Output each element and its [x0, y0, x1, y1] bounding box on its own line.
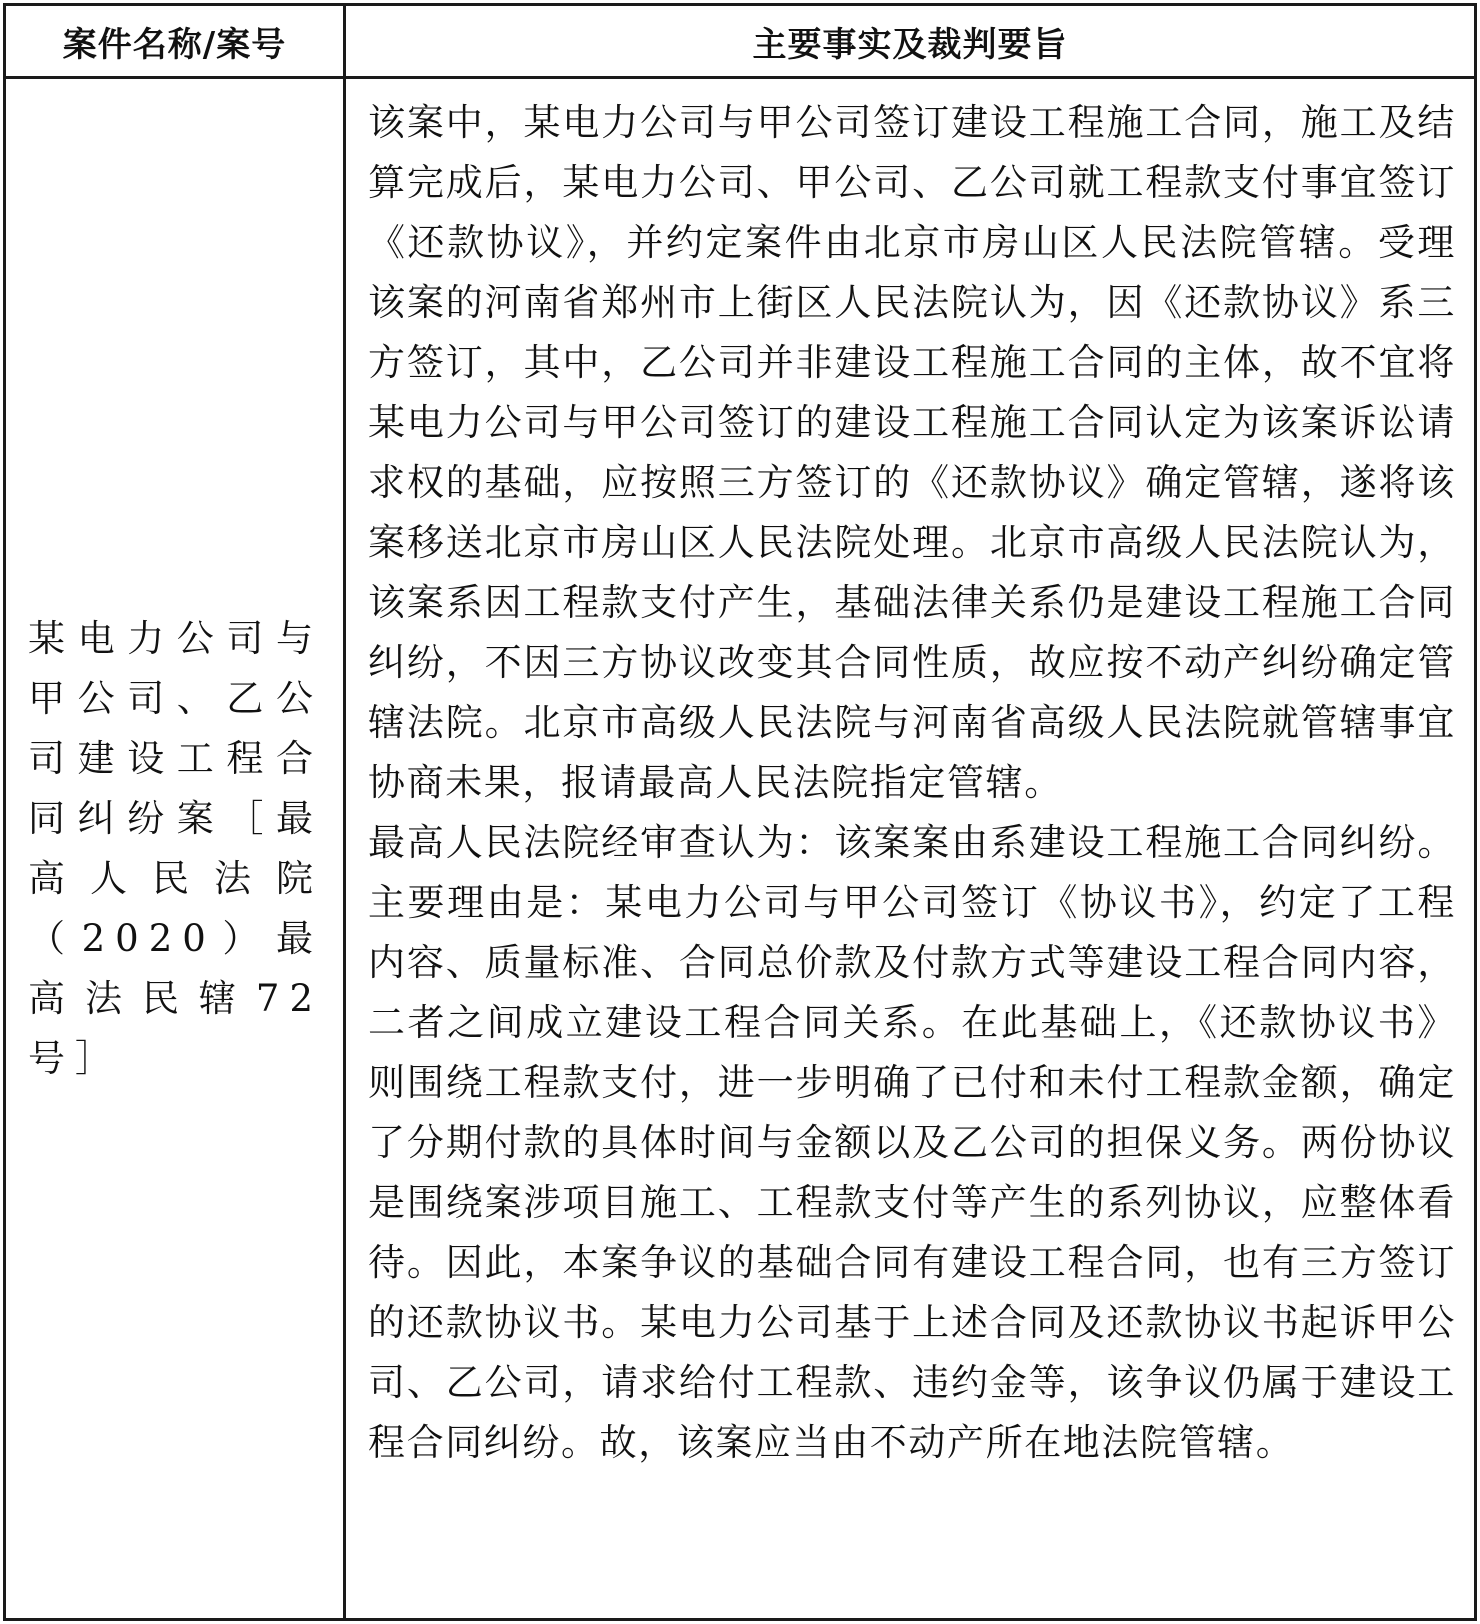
- facts-cell: 该案中，某电力公司与甲公司签订建设工程施工合同，施工及结算完成后，某电力公司、甲…: [345, 78, 1476, 1620]
- table-header-row: 案件名称/案号 主要事实及裁判要旨: [5, 5, 1476, 78]
- facts-paragraph-ruling: 最高人民法院经审查认为：该案案由系建设工程施工合同纠纷。主要理由是：某电力公司与…: [368, 813, 1456, 1473]
- table-row: 某电力公司与甲公司、乙公司建设工程合同纠纷案［最高人民法院（2020）最高法民辖…: [5, 78, 1476, 1620]
- case-name-text: 某电力公司与甲公司、乙公司建设工程合同纠纷案［最高人民法院（2020）最高法民辖…: [28, 609, 323, 1089]
- case-table: 案件名称/案号 主要事实及裁判要旨 某电力公司与甲公司、乙公司建设工程合同纠纷案…: [3, 3, 1477, 1621]
- column-header-case-name: 案件名称/案号: [5, 5, 345, 78]
- case-name-cell: 某电力公司与甲公司、乙公司建设工程合同纠纷案［最高人民法院（2020）最高法民辖…: [5, 78, 345, 1620]
- column-header-facts: 主要事实及裁判要旨: [345, 5, 1476, 78]
- facts-paragraph-background: 该案中，某电力公司与甲公司签订建设工程施工合同，施工及结算完成后，某电力公司、甲…: [368, 93, 1456, 813]
